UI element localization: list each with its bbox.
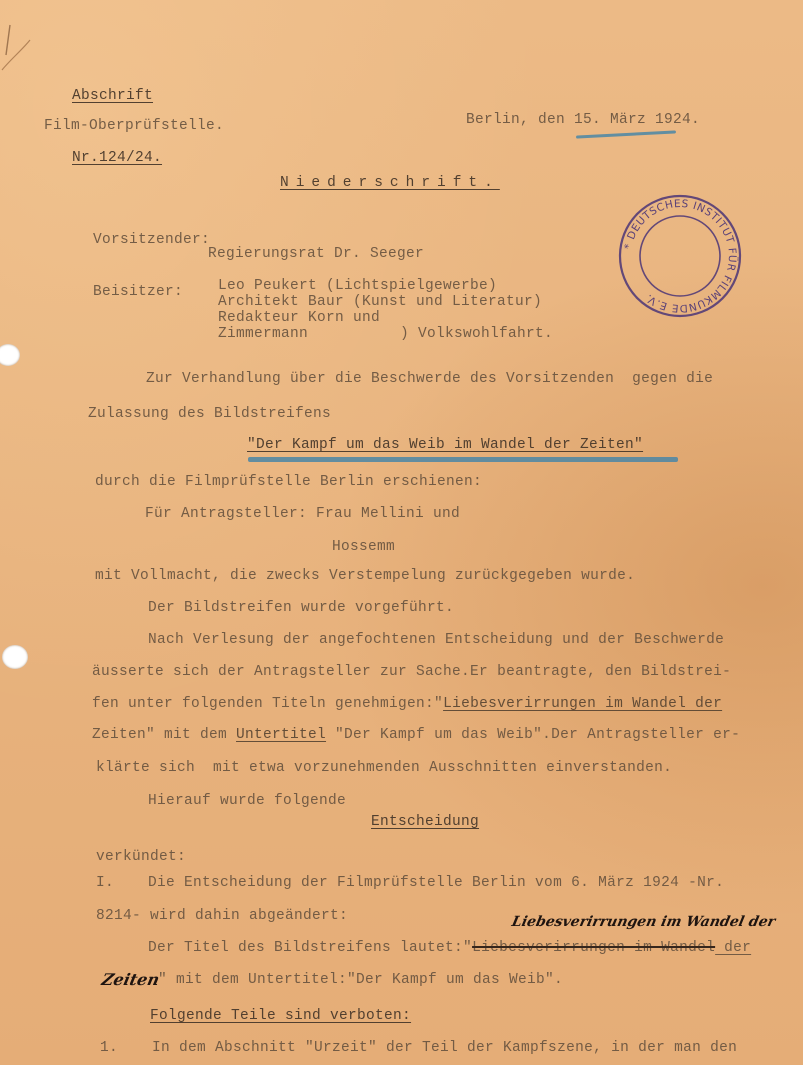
punch-hole-bottom [2, 645, 28, 669]
paragraph-1-line-1: Zur Verhandlung über die Beschwerde des … [146, 371, 713, 387]
paragraph-4-line-3: fen unter folgenden Titeln genehmigen:"L… [92, 696, 722, 712]
title-line-2: " mit dem Untertitel:"Der Kampf um das W… [158, 972, 563, 988]
paragraph-4-line-4-start: Zeiten" mit dem [92, 727, 236, 743]
paragraph-3: Der Bildstreifen wurde vorgeführt. [148, 600, 454, 616]
copy-label: Abschrift [72, 88, 153, 104]
assessors-label: Beisitzer: [93, 284, 183, 300]
assessor-3: Redakteur Korn und [218, 310, 380, 326]
item-I-number: I. [96, 875, 114, 891]
chair-label: Vorsitzender: [93, 232, 210, 248]
assessor-2: Architekt Baur (Kunst und Literatur) [218, 294, 542, 310]
subtitle-label: Untertitel [236, 727, 326, 743]
handwritten-zeiten: Zeiten [100, 970, 161, 989]
paper-crease [0, 0, 60, 80]
assessor-4: Zimmermann [218, 326, 308, 342]
decision-heading: Entscheidung [371, 814, 479, 830]
item-I-line-1: Die Entscheidung der Filmprüfstelle Berl… [148, 875, 724, 891]
assessor-1: Leo Peukert (Lichtspielgewerbe) [218, 278, 497, 294]
paragraph-4-line-4: Zeiten" mit dem Untertitel "Der Kampf um… [92, 727, 740, 743]
title-line-start: Der Titel des Bildstreifens lautet:" [148, 940, 472, 956]
struck-title: Liebesverirrungen im Wandel [472, 940, 715, 956]
cut-1-text: In dem Abschnitt "Urzeit" der Teil der K… [152, 1040, 737, 1056]
announced-label: verkündet: [96, 849, 186, 865]
applicant-line-2: Hossemm [332, 539, 395, 555]
title-line-end: der [715, 940, 751, 956]
paragraph-4-line-2: äusserte sich der Antragsteller zur Sach… [92, 664, 731, 680]
title-line: Der Titel des Bildstreifens lautet:"Lieb… [148, 940, 751, 956]
handwritten-insert: Liebesverirrungen im Wandel der [510, 914, 776, 930]
institute-stamp: * DEUTSCHES INSTITUT FÜR FILMKUNDE E.V. [618, 194, 742, 318]
film-title-underline-mark [248, 457, 678, 462]
applicant-line: Für Antragsteller: Frau Mellini und [145, 506, 460, 522]
paragraph-1-line-3: durch die Filmprüfstelle Berlin erschien… [95, 474, 482, 490]
paragraph-4-line-3-start: fen unter folgenden Titeln genehmigen:" [92, 696, 443, 712]
paragraph-1-line-2: Zulassung des Bildstreifens [88, 406, 331, 422]
paragraph-4-line-5: klärte sich mit etwa vorzunehmenden Auss… [96, 760, 672, 776]
film-title: "Der Kampf um das Weib im Wandel der Zei… [247, 437, 643, 453]
bracket-note: ) Volkswohlfahrt. [400, 326, 553, 342]
chair-name: Regierungsrat Dr. Seeger [208, 246, 424, 262]
authority-name: Film-Oberprüfstelle. [44, 118, 224, 134]
document-title: Niederschrift. [280, 175, 500, 191]
cuts-heading: Folgende Teile sind verboten: [150, 1008, 411, 1024]
reference-number: Nr.124/24. [72, 150, 162, 166]
paragraph-4-line-1: Nach Verlesung der angefochtenen Entsche… [148, 632, 724, 648]
item-I-line-2: 8214- wird dahin abgeändert: [96, 908, 348, 924]
proposed-title: Liebesverirrungen im Wandel der [443, 696, 722, 712]
paragraph-2: mit Vollmacht, die zwecks Verstempelung … [95, 568, 635, 584]
cut-1-number: 1. [100, 1040, 118, 1056]
punch-hole-top [0, 344, 20, 366]
paragraph-5: Hierauf wurde folgende [148, 793, 346, 809]
paragraph-4-line-4-end: "Der Kampf um das Weib".Der Antragstelle… [326, 727, 740, 743]
place-date: Berlin, den 15. März 1924. [466, 112, 700, 128]
date-underline-mark [576, 130, 676, 138]
